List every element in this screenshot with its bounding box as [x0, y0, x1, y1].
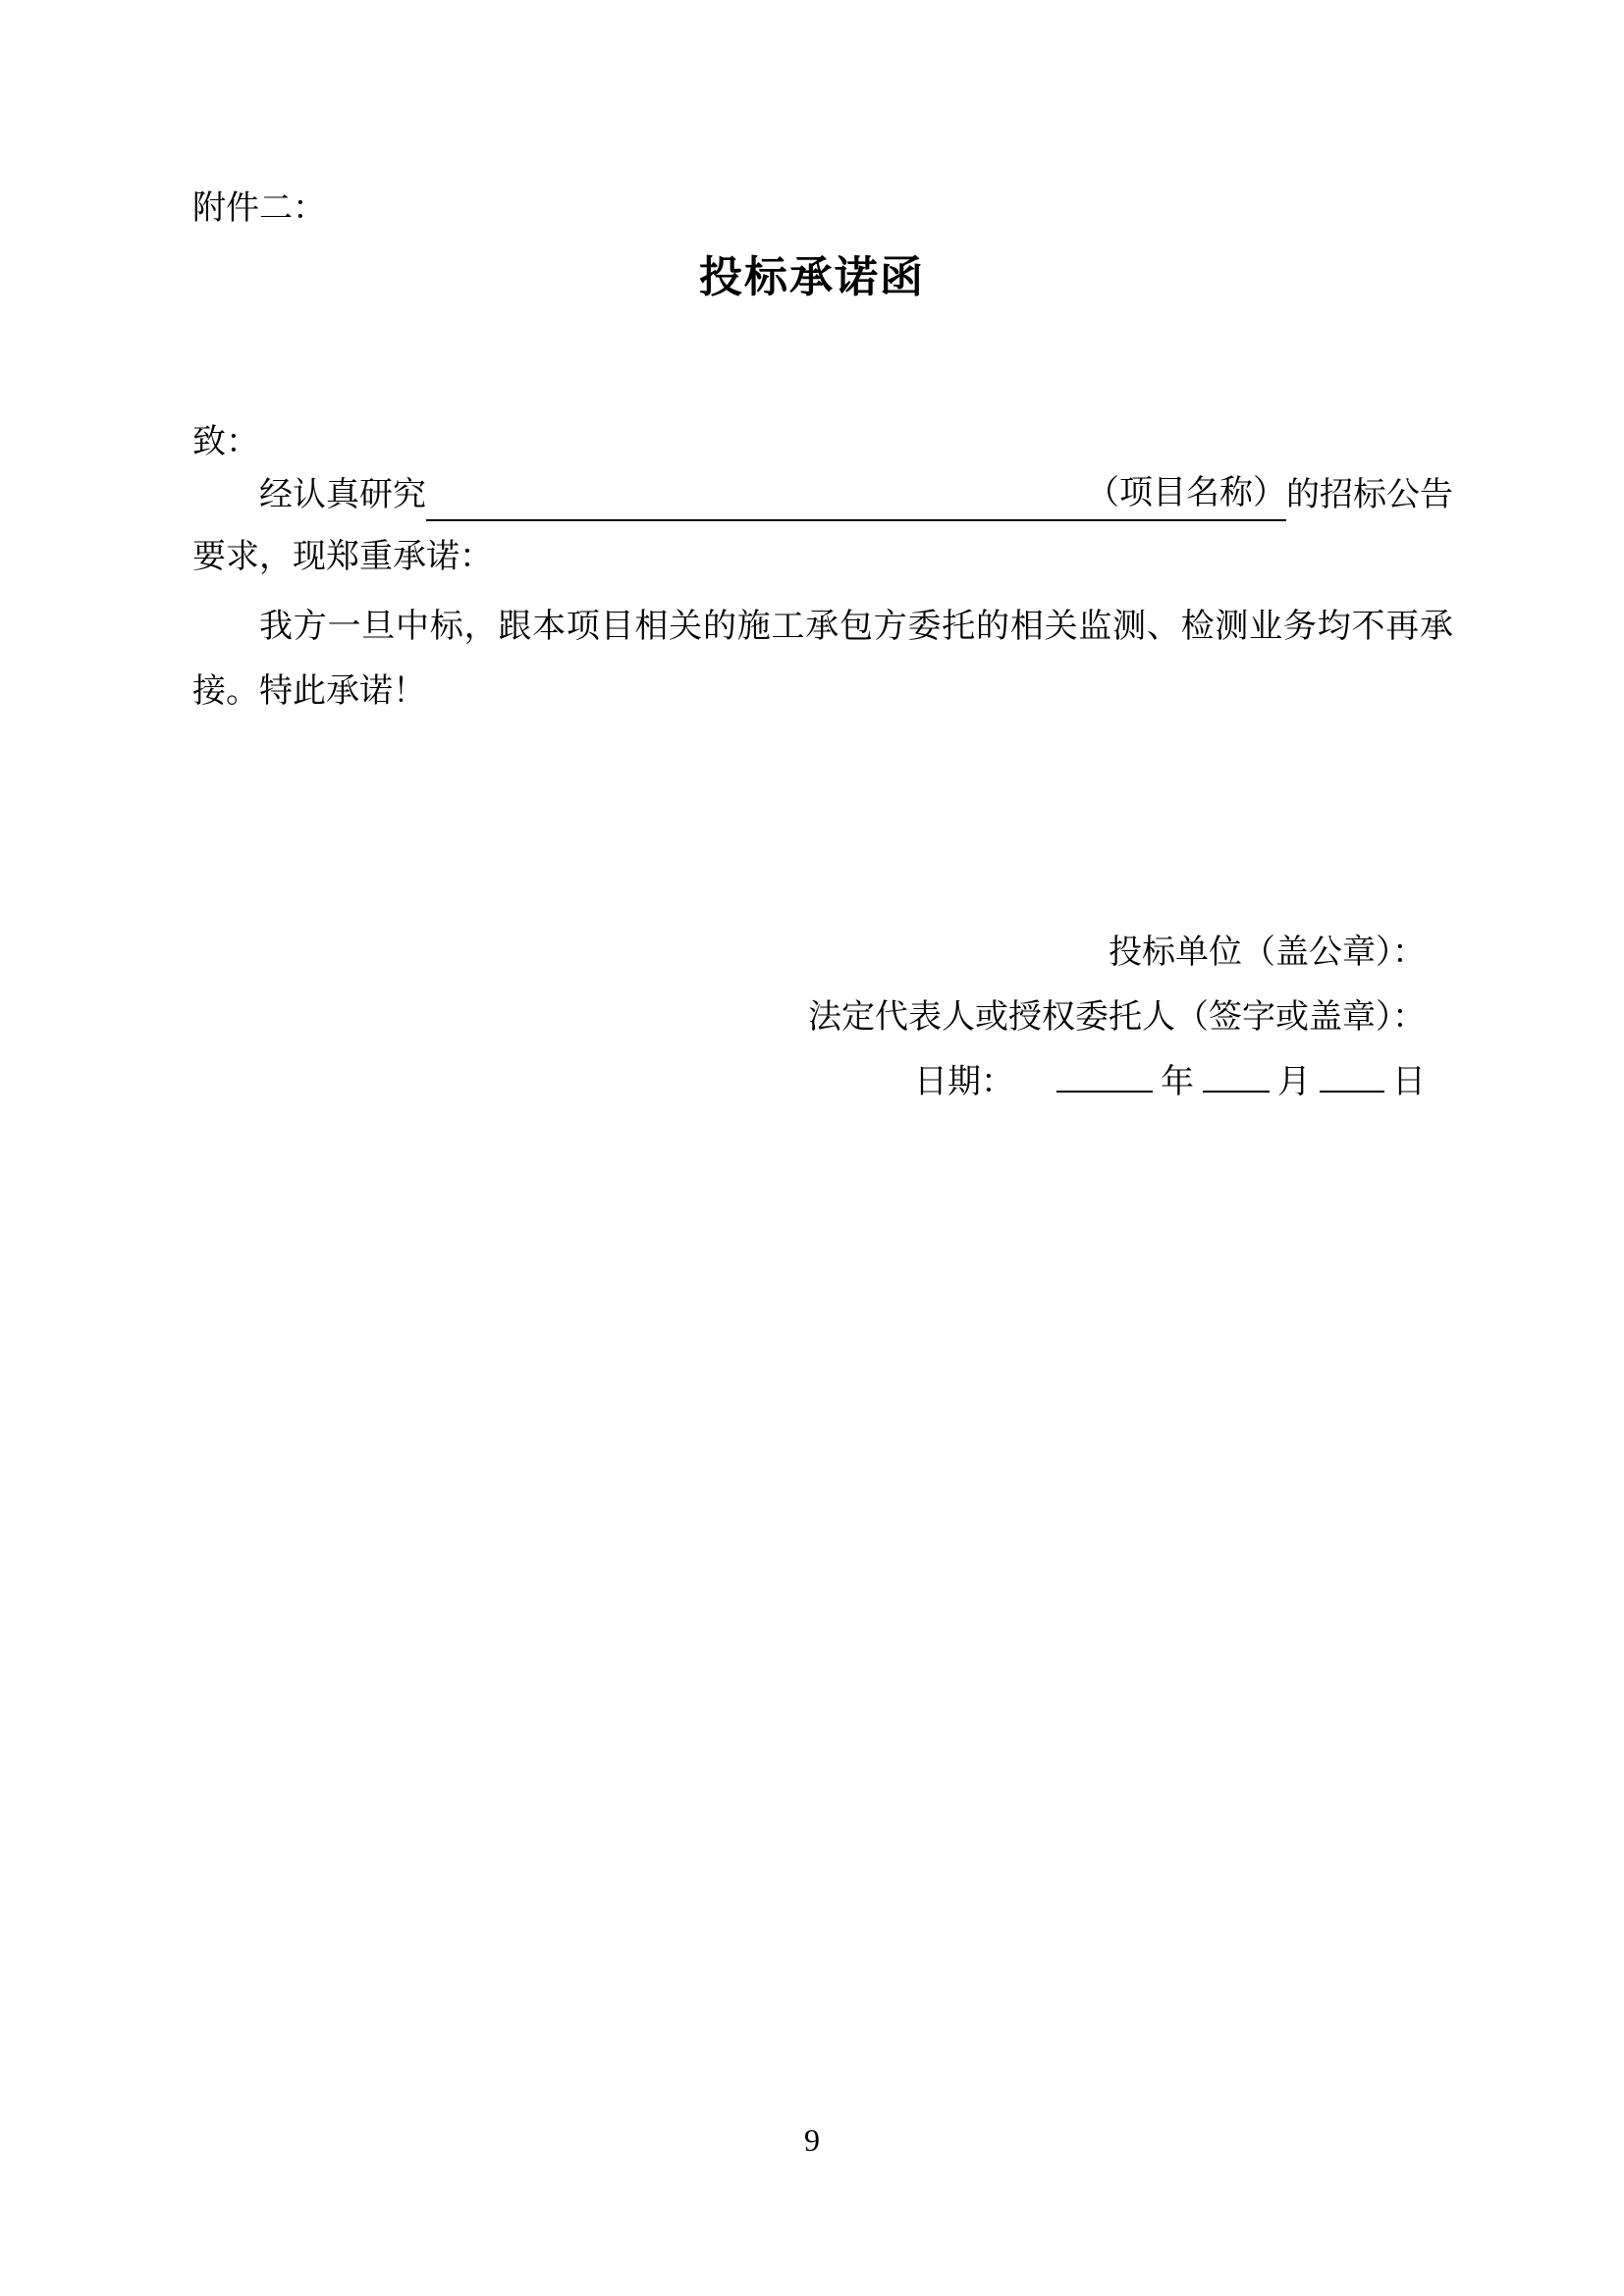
intro-line-2: 要求，现郑重承诺：: [192, 525, 1453, 590]
page-title: 投标承诺函: [0, 247, 1624, 308]
legal-representative-line: 法定代表人或授权委托人（签字或盖章）：: [808, 986, 1426, 1050]
attachment-label: 附件二：: [192, 177, 326, 241]
closing-statement: 特此承诺！: [192, 660, 1453, 724]
day-label: 日: [1392, 1064, 1426, 1100]
date-line: 日期： 年 月 日: [808, 1050, 1426, 1115]
date-label: 日期：: [914, 1064, 1014, 1100]
month-blank-line: [1203, 1091, 1270, 1093]
document-page: 附件二： 投标承诺函 致： 经认真研究 （项目名称） 的招标公告 要求，现郑重承…: [0, 0, 1624, 2296]
page-number: 9: [0, 2120, 1624, 2160]
year-blank-line: [1056, 1091, 1153, 1093]
intro-prefix-text: 经认真研究: [259, 470, 426, 521]
day-blank-line: [1320, 1091, 1384, 1093]
project-name-blank-line: [426, 470, 1086, 521]
month-label: 月: [1277, 1064, 1311, 1100]
project-name-placeholder-label: （项目名称）: [1086, 468, 1286, 521]
bidder-unit-seal-line: 投标单位（盖公章）：: [808, 921, 1426, 986]
signature-block: 投标单位（盖公章）： 法定代表人或授权委托人（签字或盖章）： 日期： 年 月 日: [808, 921, 1426, 1115]
year-label: 年: [1161, 1064, 1194, 1100]
intro-line-1: 经认真研究 （项目名称） 的招标公告: [192, 462, 1453, 525]
intro-paragraph: 经认真研究 （项目名称） 的招标公告 要求，现郑重承诺：: [192, 462, 1453, 590]
intro-suffix-text: 的招标公告: [1286, 470, 1453, 521]
